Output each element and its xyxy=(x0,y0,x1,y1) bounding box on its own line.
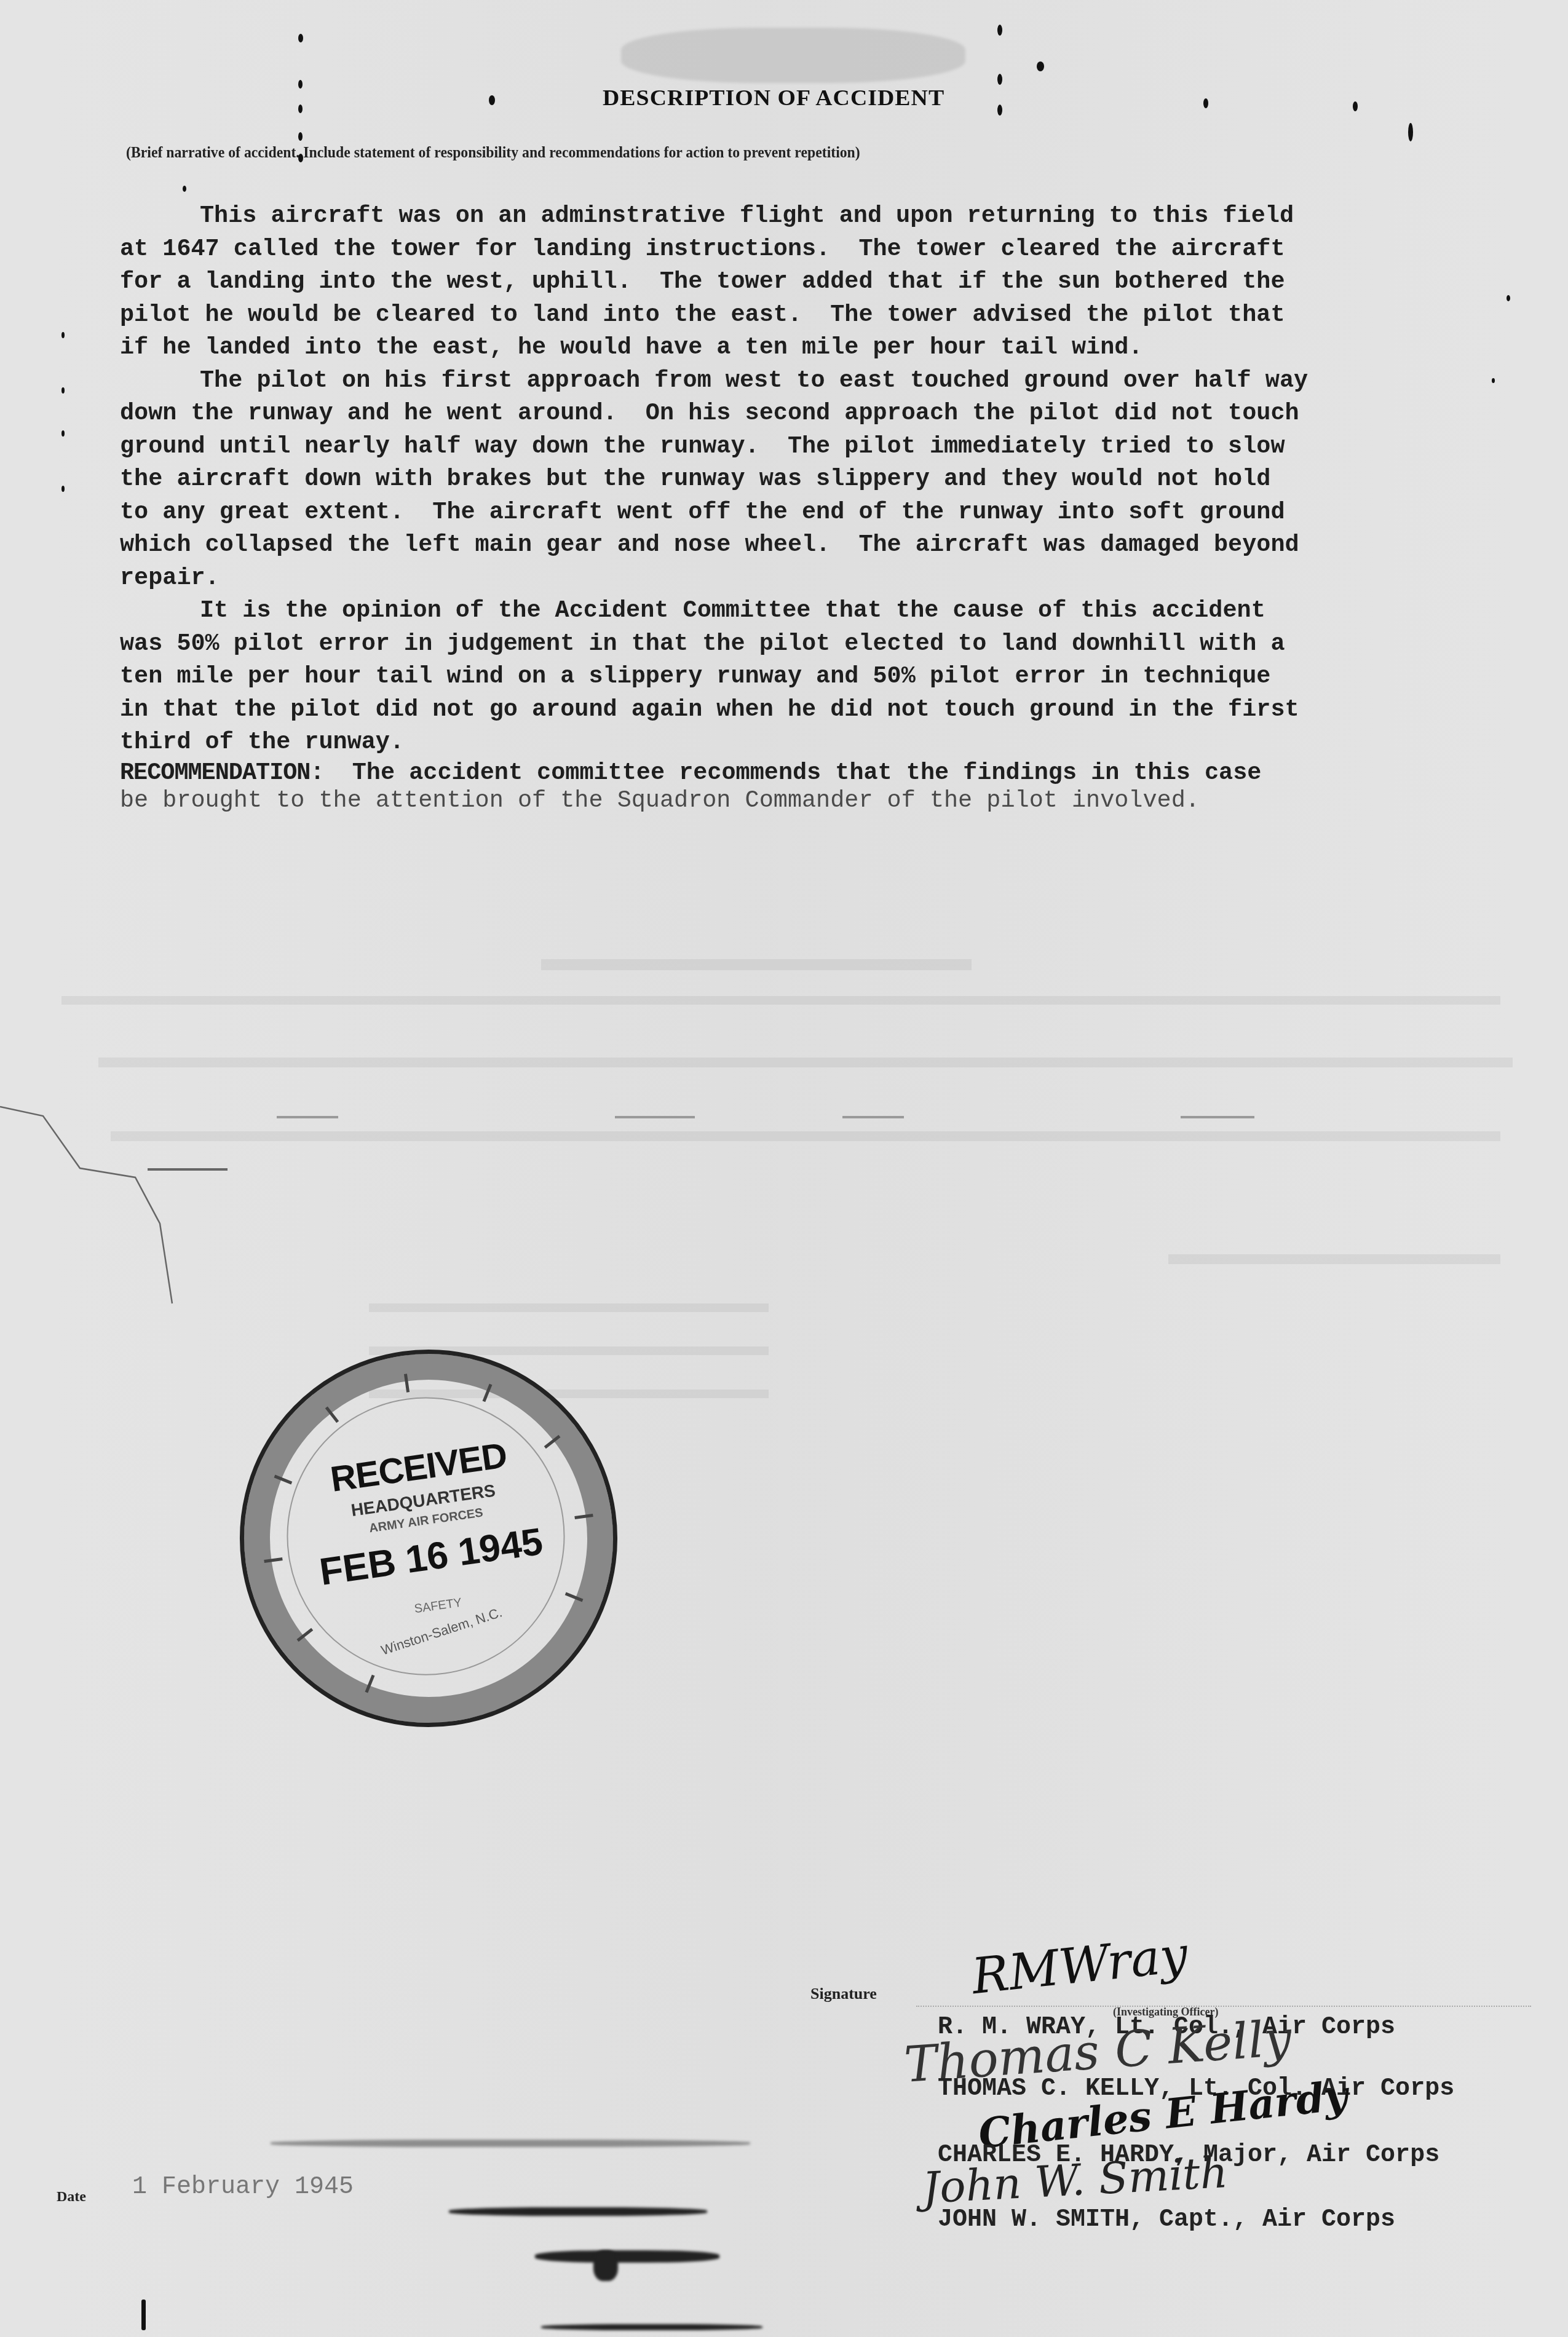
scan-mark xyxy=(298,132,303,141)
bleed-through-dash xyxy=(615,1116,695,1118)
scan-mark xyxy=(61,430,65,437)
narrative-line: repair. xyxy=(120,562,1473,595)
narrative-line: in that the pilot did not go around agai… xyxy=(120,694,1473,727)
scan-mark xyxy=(183,186,186,192)
bleed-through-dash xyxy=(1181,1116,1254,1118)
scan-mark xyxy=(1353,101,1358,111)
narrative-line: It is the opinion of the Accident Commit… xyxy=(120,595,1473,628)
form-instructions: (Brief narrative of accident. Include st… xyxy=(126,144,1400,162)
signature-label: Signature xyxy=(810,1985,877,2003)
received-stamp: RECEIVED HEADQUARTERS ARMY AIR FORCES FE… xyxy=(215,1325,641,1751)
scan-mark xyxy=(1492,378,1495,383)
scan-mark xyxy=(1408,123,1413,141)
narrative-line: The pilot on his first approach from wes… xyxy=(120,365,1473,398)
narrative-line: was 50% pilot error in judgement in that… xyxy=(120,628,1473,661)
signature-line xyxy=(916,2006,1531,2007)
narrative-line: down the runway and he went around. On h… xyxy=(120,397,1473,430)
narrative-line: pilot he would be cleared to land into t… xyxy=(120,299,1473,332)
date-label: Date xyxy=(57,2189,86,2205)
document-page: DESCRIPTION OF ACCIDENT (Brief narrative… xyxy=(0,0,1568,2337)
bleed-through-text xyxy=(61,996,1500,1005)
scan-mark xyxy=(298,105,303,113)
bleed-through-dash xyxy=(277,1116,338,1118)
officer-name-line: JOHN W. SMITH, Capt., Air Corps xyxy=(938,2206,1395,2234)
ink-smudge xyxy=(535,2250,719,2263)
scan-mark xyxy=(61,332,65,338)
narrative-line: third of the runway. xyxy=(120,726,1473,759)
scan-mark xyxy=(141,2299,146,2330)
bleed-through-text xyxy=(111,1131,1500,1141)
scan-mark xyxy=(1037,61,1044,71)
narrative-line: to any great extent. The aircraft went o… xyxy=(120,496,1473,529)
narrative-line: if he landed into the east, he would hav… xyxy=(120,331,1473,365)
narrative-line: for a landing into the west, uphill. The… xyxy=(120,266,1473,299)
narrative-line: ground until nearly half way down the ru… xyxy=(120,430,1473,464)
recommendation-label: RECOMMENDATION: xyxy=(120,759,324,786)
recommendation-text: be brought to the attention of the Squad… xyxy=(120,785,1473,818)
form-title: DESCRIPTION OF ACCIDENT xyxy=(603,85,944,111)
ink-smudge xyxy=(449,2207,707,2216)
accident-narrative: This aircraft was on an adminstrative fl… xyxy=(120,200,1473,818)
narrative-line: the aircraft down with brakes but the ru… xyxy=(120,463,1473,496)
scan-mark xyxy=(997,25,1002,36)
ink-smudge xyxy=(621,28,965,83)
date-value: 1 February 1945 xyxy=(132,2173,354,2201)
ink-smudge xyxy=(593,2250,618,2281)
bleed-through-text xyxy=(541,959,972,970)
scan-mark xyxy=(298,80,303,89)
scan-mark xyxy=(298,34,303,42)
bleed-through-dash xyxy=(842,1116,904,1118)
bleed-through-text xyxy=(1168,1254,1500,1264)
scan-mark xyxy=(1507,295,1510,301)
signature-wray: RMWray xyxy=(969,1926,1190,2005)
scan-mark xyxy=(997,74,1002,85)
scan-mark xyxy=(1203,98,1208,108)
narrative-line: at 1647 called the tower for landing ins… xyxy=(120,233,1473,266)
bleed-through-text xyxy=(369,1303,769,1312)
recommendation-text: The accident committee recommends that t… xyxy=(324,759,1262,786)
narrative-line: This aircraft was on an adminstrative fl… xyxy=(120,200,1473,233)
ink-smudge xyxy=(541,2324,762,2330)
scan-mark xyxy=(997,105,1002,116)
narrative-line: which collapsed the left main gear and n… xyxy=(120,529,1473,562)
narrative-line: ten mile per hour tail wind on a slipper… xyxy=(120,660,1473,694)
scan-mark xyxy=(61,387,65,393)
scan-mark xyxy=(61,486,65,492)
ink-smudge xyxy=(271,2140,750,2147)
scan-mark xyxy=(489,95,495,105)
page-crease xyxy=(0,1101,283,1316)
bleed-through-text xyxy=(98,1058,1513,1067)
